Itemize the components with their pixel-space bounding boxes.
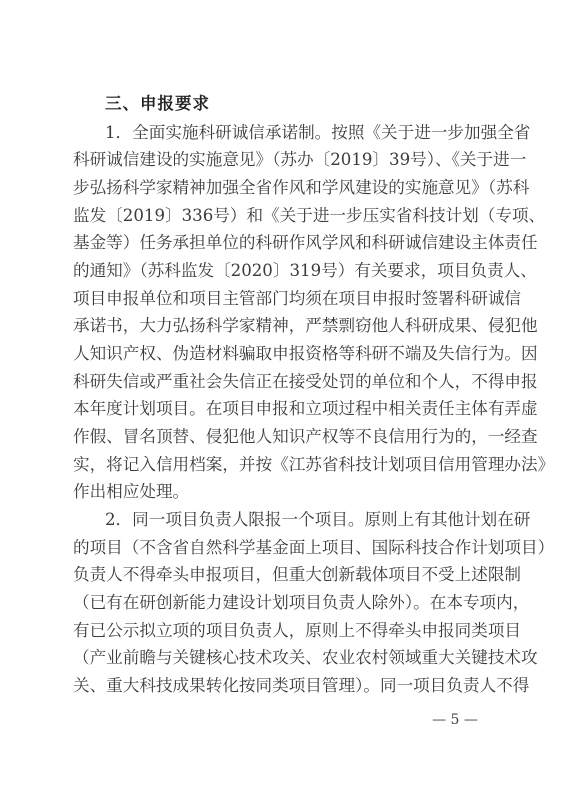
- paragraph-line: 步弘扬科学家精神加强全省作风和学风建设的实施意见》（苏科: [73, 177, 493, 199]
- paragraph-line: 科研诚信建设的实施意见》（苏办〔2019〕39号）、《关于进一: [73, 149, 493, 171]
- paragraph-line: 作出相应处理。: [73, 481, 493, 503]
- paragraph-line: 2．同一项目负责人限报一个项目。原则上有其他计划在研: [105, 509, 493, 531]
- paragraph-line: （已有在研创新能力建设计划项目负责人除外）。在本专项内，: [73, 592, 493, 614]
- paragraph-line: 有已公示拟立项的项目负责人，原则上不得牵头申报同类项目: [73, 620, 493, 642]
- paragraph-line: 负责人不得牵头申报项目，但重大创新载体项目不受上述限制: [73, 564, 493, 586]
- paragraph-line: 项目申报单位和项目主管部门均须在项目申报时签署科研诚信: [73, 288, 493, 310]
- paragraph-line: 监发〔2019〕336号）和《关于进一步压实省科技计划（专项、: [73, 205, 493, 227]
- paragraph-line: 关、重大科技成果转化按同类项目管理）。同一项目负责人不得: [73, 675, 493, 697]
- paragraph-line: 的通知》（苏科监发〔2020〕319号）有关要求，项目负责人、: [73, 260, 493, 282]
- paragraph-line: 本年度计划项目。在项目申报和立项过程中相关责任主体有弄虚: [73, 398, 493, 420]
- paragraph-line: 基金等）任务承担单位的科研作风学风和科研诚信建设主体责任: [73, 232, 493, 254]
- paragraph-line: 的项目（不含省自然科学基金面上项目、国际科技合作计划项目）: [73, 537, 493, 559]
- paragraph-line: 作假、冒名顶替、侵犯他人知识产权等不良信用行为的，一经查: [73, 426, 493, 448]
- paragraph-line: （产业前瞻与关键核心技术攻关、农业农村领域重大关键技术攻: [73, 647, 493, 669]
- paragraph-line: 科研失信或严重社会失信正在接受处罚的单位和个人，不得申报: [73, 371, 493, 393]
- section-heading: 三、申报要求: [105, 93, 210, 115]
- paragraph-line: 人知识产权、伪造材料骗取申报资格等科研不端及失信行为。因: [73, 343, 493, 365]
- paragraph-line: 承诺书，大力弘扬科学家精神，严禁剽窃他人科研成果、侵犯他: [73, 315, 493, 337]
- document-page: 三、申报要求 1．全面实施科研诚信承诺制。按照《关于进一步加强全省 科研诚信建设…: [0, 0, 566, 800]
- page-number: — 5 —: [430, 710, 480, 730]
- paragraph-line: 实，将记入信用档案，并按《江苏省科技计划项目信用管理办法》: [73, 454, 493, 476]
- paragraph-line: 1．全面实施科研诚信承诺制。按照《关于进一步加强全省: [105, 122, 493, 144]
